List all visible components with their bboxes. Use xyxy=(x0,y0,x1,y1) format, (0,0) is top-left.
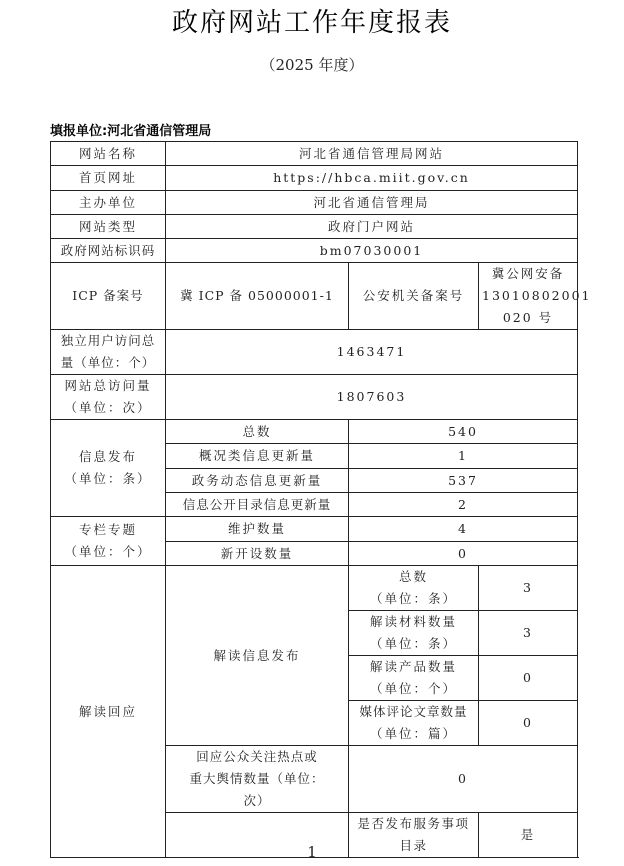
police-record-line1: 冀公网安备 xyxy=(482,263,574,285)
table-row: 专栏专题 （单位：个） 维护数量 4 xyxy=(51,517,578,542)
interpretation-release-label: 解读信息发布 xyxy=(166,566,349,746)
total-visits-label-line1: 网站总访问量 xyxy=(54,375,162,397)
interpretation-label: 解读回应 xyxy=(51,566,166,858)
info-release-label: 信息发布 （单位：条） xyxy=(51,420,166,517)
site-name-label: 网站名称 xyxy=(51,142,166,166)
hotspot-label-line2: 重大舆情数量（单位： xyxy=(169,768,345,790)
report-title: 政府网站工作年度报表 xyxy=(0,2,624,39)
info-release-label-line1: 信息发布 xyxy=(54,446,162,468)
interp-total-label-line2: （单位：条） xyxy=(352,588,475,610)
interp-product-label: 解读产品数量 （单位：个） xyxy=(349,656,479,701)
interp-material-label-line1: 解读材料数量 xyxy=(352,611,475,633)
interp-total-value: 3 xyxy=(479,566,578,611)
interp-product-label-line2: （单位：个） xyxy=(352,678,475,700)
info-release-total-label: 总数 xyxy=(166,420,349,444)
columns-label: 专栏专题 （单位：个） xyxy=(51,517,166,566)
sponsor-label: 主办单位 xyxy=(51,191,166,215)
interp-total-label-line1: 总数 xyxy=(352,566,475,588)
icp-value: 冀 ICP 备 05000001-1 xyxy=(166,263,349,330)
unique-users-label: 独立用户访问总 量（单位：个） xyxy=(51,330,166,375)
page-number: 1 xyxy=(0,843,624,861)
icp-label: ICP 备案号 xyxy=(51,263,166,330)
unique-users-label-line1: 独立用户访问总 xyxy=(54,330,162,352)
interp-product-label-line1: 解读产品数量 xyxy=(352,656,475,678)
interp-media-value: 0 xyxy=(479,701,578,746)
table-row: ICP 备案号 冀 ICP 备 05000001-1 公安机关备案号 冀公网安备… xyxy=(51,263,578,330)
total-visits-label-line2: （单位：次） xyxy=(54,397,162,419)
sponsor-value: 河北省通信管理局 xyxy=(166,191,578,215)
table-row: 信息发布 （单位：条） 总数 540 xyxy=(51,420,578,444)
interp-material-value: 3 xyxy=(479,611,578,656)
total-visits-label: 网站总访问量 （单位：次） xyxy=(51,375,166,420)
table-row: 主办单位 河北省通信管理局 xyxy=(51,191,578,215)
interp-media-label-line2: （单位：篇） xyxy=(352,723,475,745)
columns-label-line2: （单位：个） xyxy=(54,541,162,563)
columns-maintained-label: 维护数量 xyxy=(166,517,349,542)
table-row: 网站名称 河北省通信管理局网站 xyxy=(51,142,578,166)
info-release-label-line2: （单位：条） xyxy=(54,468,162,490)
police-record-value: 冀公网安备 13010802001 020 号 xyxy=(479,263,578,330)
table-row: 解读回应 解读信息发布 总数 （单位：条） 3 xyxy=(51,566,578,611)
interp-media-label: 媒体评论文章数量 （单位：篇） xyxy=(349,701,479,746)
columns-maintained-value: 4 xyxy=(349,517,578,542)
columns-new-label: 新开设数量 xyxy=(166,542,349,566)
police-record-line3: 020 号 xyxy=(482,307,574,329)
overview-update-label: 概况类信息更新量 xyxy=(166,444,349,469)
columns-new-value: 0 xyxy=(349,542,578,566)
filler-unit: 填报单位:河北省通信管理局 xyxy=(50,120,211,139)
unique-users-label-line2: 量（单位：个） xyxy=(54,352,162,374)
hotspot-value: 0 xyxy=(349,746,578,813)
site-type-value: 政府门户网站 xyxy=(166,215,578,239)
columns-label-line1: 专栏专题 xyxy=(54,519,162,541)
site-type-label: 网站类型 xyxy=(51,215,166,239)
police-record-line2: 13010802001 xyxy=(482,285,574,307)
homepage-url-label: 首页网址 xyxy=(51,166,166,191)
interp-total-label: 总数 （单位：条） xyxy=(349,566,479,611)
overview-update-value: 1 xyxy=(349,444,578,469)
total-visits-value: 1807603 xyxy=(166,375,578,420)
unique-users-value: 1463471 xyxy=(166,330,578,375)
hotspot-label-line3: 次） xyxy=(169,790,345,812)
hotspot-label: 回应公众关注热点或 重大舆情数量（单位： 次） xyxy=(166,746,349,813)
table-row: 政府网站标识码 bm07030001 xyxy=(51,239,578,263)
table-row: 网站类型 政府门户网站 xyxy=(51,215,578,239)
interp-material-label: 解读材料数量 （单位：条） xyxy=(349,611,479,656)
report-year: （2025 年度） xyxy=(0,54,624,75)
table-row: 网站总访问量 （单位：次） 1807603 xyxy=(51,375,578,420)
site-id-label: 政府网站标识码 xyxy=(51,239,166,263)
disclosure-update-label: 信息公开目录信息更新量 xyxy=(166,493,349,517)
gov-news-update-value: 537 xyxy=(349,469,578,493)
report-table: 网站名称 河北省通信管理局网站 首页网址 https://hbca.miit.g… xyxy=(50,141,578,858)
site-id-value: bm07030001 xyxy=(166,239,578,263)
disclosure-update-value: 2 xyxy=(349,493,578,517)
interp-material-label-line2: （单位：条） xyxy=(352,633,475,655)
homepage-url-value: https://hbca.miit.gov.cn xyxy=(166,166,578,191)
hotspot-label-line1: 回应公众关注热点或 xyxy=(169,746,345,768)
table-row: 独立用户访问总 量（单位：个） 1463471 xyxy=(51,330,578,375)
interp-product-value: 0 xyxy=(479,656,578,701)
police-record-label: 公安机关备案号 xyxy=(349,263,479,330)
site-name-value: 河北省通信管理局网站 xyxy=(166,142,578,166)
interp-media-label-line1: 媒体评论文章数量 xyxy=(352,701,475,723)
info-release-total-value: 540 xyxy=(349,420,578,444)
table-row: 首页网址 https://hbca.miit.gov.cn xyxy=(51,166,578,191)
gov-news-update-label: 政务动态信息更新量 xyxy=(166,469,349,493)
